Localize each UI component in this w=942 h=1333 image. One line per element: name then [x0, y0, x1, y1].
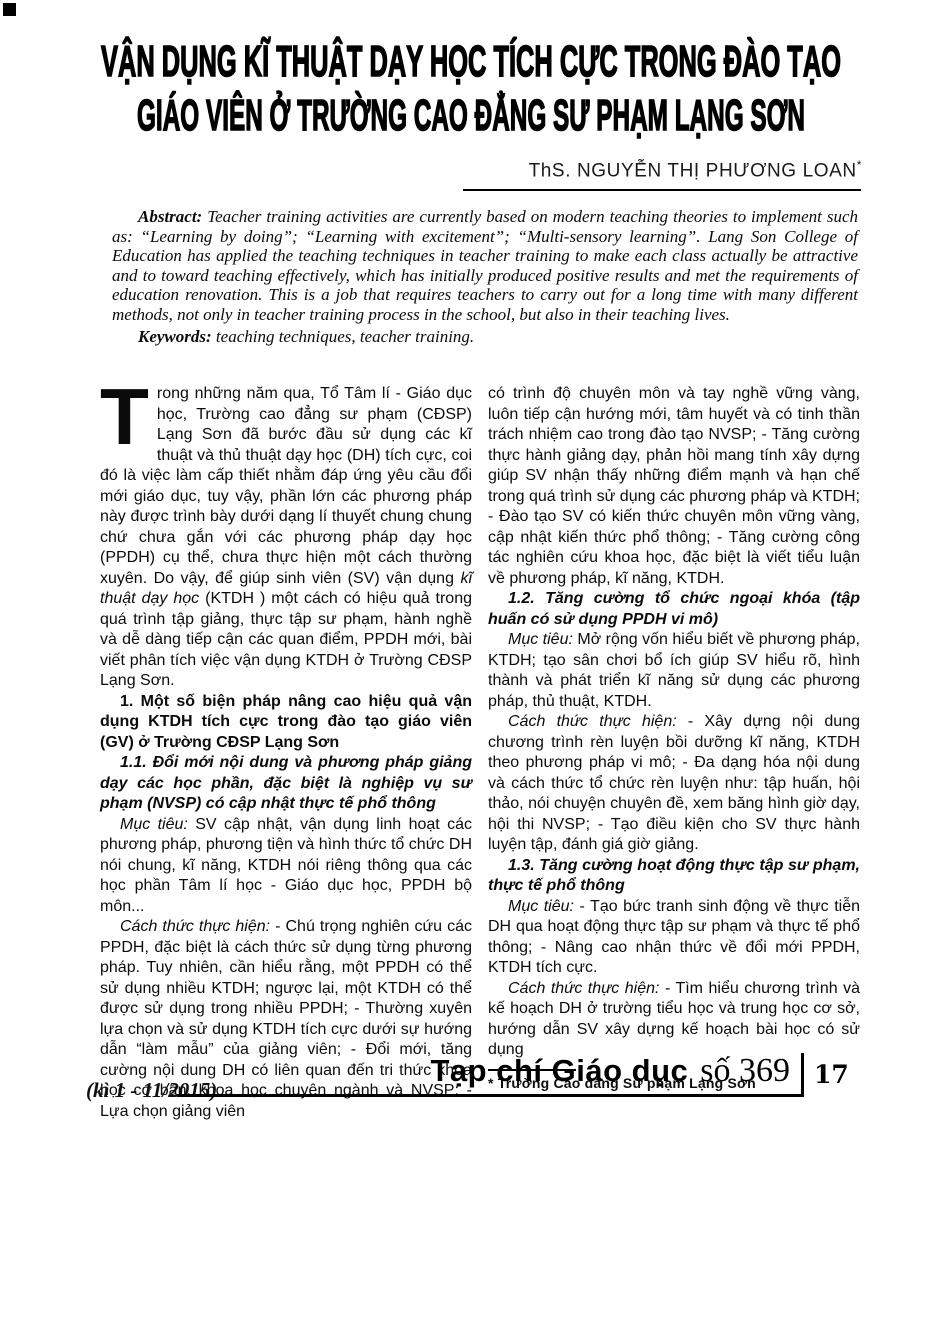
keywords-label: Keywords:	[138, 327, 212, 346]
right-column: có trình độ chuyên môn và tay nghề vững …	[488, 384, 860, 1092]
cach-thuc-paragraph-3: Cách thức thực hiện: - Tìm hiểu chương t…	[488, 979, 860, 1061]
cach-thuc-paragraph-2: Cách thức thực hiện: - Xây dựng nội dung…	[488, 712, 860, 856]
author-footnote-marker: *	[857, 158, 862, 172]
section-heading-1-3: 1.3. Tăng cường hoạt động thực tập sư ph…	[488, 856, 860, 897]
left-column: Trong những năm qua, Tổ Tâm lí - Giáo dụ…	[100, 384, 472, 1122]
journal-page: VẬN DỤNG KĨ THUẬT DẠY HỌC TÍCH CỰC TRONG…	[0, 0, 942, 1333]
page-number: 17	[814, 1060, 849, 1089]
muc-tieu-lead-2: Mục tiêu:	[508, 631, 573, 648]
keywords-text: teaching techniques, teacher training.	[212, 327, 475, 346]
muc-tieu-paragraph-2: Mục tiêu: Mở rộng vốn hiểu biết về phươn…	[488, 630, 860, 712]
journal-issue-number: số 369	[700, 1052, 790, 1090]
muc-tieu-lead: Mục tiêu:	[120, 816, 188, 833]
drop-cap: T	[100, 387, 149, 447]
cach-thuc-lead-3: Cách thức thực hiện:	[508, 980, 659, 997]
intro-text-a: rong những năm qua, Tổ Tâm lí - Giáo dục…	[100, 385, 472, 587]
section-heading-1-2: 1.2. Tăng cường tổ chức ngoại khóa (tập …	[488, 589, 860, 630]
intro-paragraph: Trong những năm qua, Tổ Tâm lí - Giáo dụ…	[100, 384, 472, 692]
keywords-paragraph: Keywords: teaching techniques, teacher t…	[112, 327, 858, 347]
muc-tieu-lead-3: Mục tiêu:	[508, 898, 574, 915]
abstract-label: Abstract:	[138, 207, 202, 226]
section-heading-1-1: 1.1. Đổi mới nội dung và phương pháp giả…	[100, 753, 472, 815]
abstract-paragraph: Abstract: Teacher training activities ar…	[112, 207, 858, 324]
cach-thuc-text-2: - Xây dựng nội dung chương trình rèn luy…	[488, 713, 860, 853]
muc-tieu-paragraph-3: Mục tiêu: - Tạo bức tranh sinh động về t…	[488, 897, 860, 979]
title-line-1: VẬN DỤNG KĨ THUẬT DẠY HỌC TÍCH CỰC TRONG…	[101, 36, 841, 86]
author-name: ThS. NGUYỄN THỊ PHƯƠNG LOAN	[529, 160, 857, 181]
author-rule	[463, 189, 861, 191]
section-heading-1: 1. Một số biện pháp nâng cao hiệu quả vậ…	[100, 692, 472, 754]
page-number-separator	[801, 1053, 804, 1097]
abstract-section: Abstract: Teacher training activities ar…	[112, 207, 858, 347]
cach-thuc-lead: Cách thức thực hiện:	[120, 918, 270, 935]
cach-thuc-lead-2: Cách thức thực hiện:	[508, 713, 677, 730]
journal-name: Tạp chí Giáo dục	[431, 1053, 689, 1089]
footer-rule	[177, 1094, 801, 1097]
muc-tieu-paragraph: Mục tiêu: SV cập nhật, vận dụng linh hoạ…	[100, 815, 472, 918]
abstract-text: Teacher training activities are currentl…	[112, 207, 858, 324]
title-line-2: GIÁO VIÊN Ở TRƯỜNG CAO ĐẲNG SƯ PHẠM LẠNG…	[137, 89, 805, 140]
continued-paragraph: có trình độ chuyên môn và tay nghề vững …	[488, 384, 860, 589]
author-line: ThS. NGUYỄN THỊ PHƯƠNG LOAN*	[529, 158, 862, 182]
journal-title-block: Tạp chí Giáo dục số 369	[0, 1052, 800, 1094]
article-title: VẬN DỤNG KĨ THUẬT DẠY HỌC TÍCH CỰC TRONG…	[0, 0, 942, 150]
